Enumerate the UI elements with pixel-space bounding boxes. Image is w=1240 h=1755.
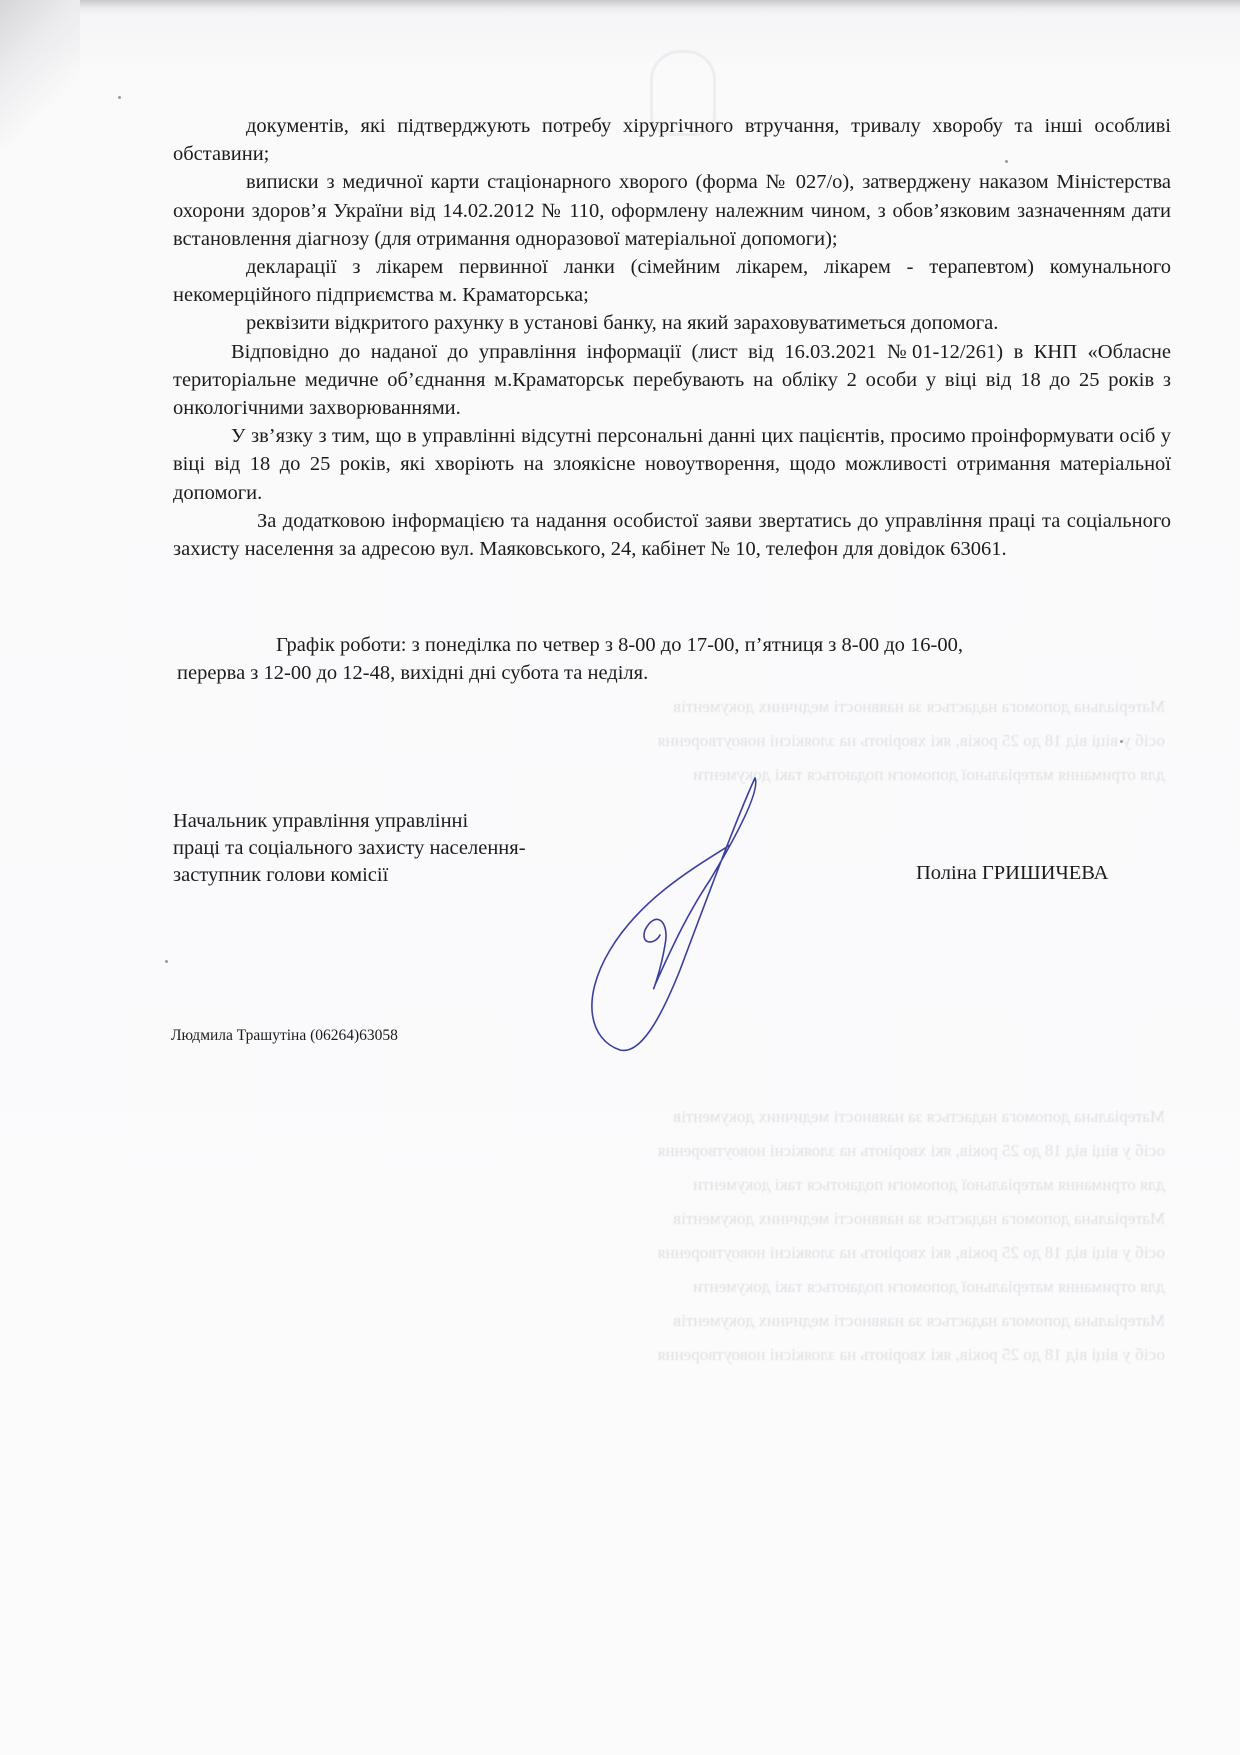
scan-speck: [1120, 740, 1123, 743]
bleed-line: Матеріальна допомога надається за наявно…: [175, 1202, 1165, 1236]
schedule-line-1: Графік роботи: з понеділка по четвер з 8…: [173, 631, 1171, 659]
letter-body: документів, які підтверджують потребу хі…: [173, 112, 1171, 563]
schedule-line-2: перерва з 12-00 до 12-48, вихідні дні су…: [173, 659, 1171, 687]
scan-edge-shadow: [0, 0, 1240, 14]
bleed-through-text: Матеріальна допомога надається за наявно…: [175, 1100, 1165, 1372]
signatory-name: Поліна ГРИШИЧЕВА: [916, 862, 1108, 885]
folded-corner-shadow: [0, 0, 80, 150]
work-schedule: Графік роботи: з понеділка по четвер з 8…: [173, 631, 1171, 687]
scan-speck: [1005, 160, 1008, 163]
signatory-title-line: праці та соціального захисту населення-: [173, 835, 526, 862]
bleed-line: для отримання матеріальної допомоги пода…: [175, 1168, 1165, 1202]
paragraph-medical-extract: виписки з медичної карти стаціонарного х…: [173, 168, 1171, 253]
paragraph-declaration: декларації з лікарем первинної ланки (сі…: [173, 253, 1171, 309]
scan-speck: [165, 960, 168, 963]
bleed-line: Матеріальна допомога надається за наявно…: [175, 1100, 1165, 1134]
bleed-line: Матеріальна допомога надається за наявно…: [175, 1304, 1165, 1338]
paragraph-contact-address: За додатковою інформацією та надання осо…: [173, 507, 1171, 563]
signatory-title: Начальник управління управлінні праці та…: [173, 808, 526, 889]
bleed-line: для отримання матеріальної допомоги пода…: [175, 1270, 1165, 1304]
paragraph-bank-details: реквізити відкритого рахунку в установі …: [173, 309, 1171, 337]
handwritten-signature-icon: [560, 770, 800, 1060]
bleed-line: осіб у віці від 18 до 25 років, які хвор…: [175, 1338, 1165, 1372]
bleed-line: Матеріальна допомога надається за наявно…: [175, 690, 1165, 724]
paragraph-information-letter: Відповідно до наданої до управління інфо…: [173, 338, 1171, 423]
signatory-title-line: Начальник управління управлінні: [173, 808, 526, 835]
paragraph-documents: документів, які підтверджують потребу хі…: [173, 112, 1171, 168]
paragraph-request: У зв’язку з тим, що в управлінні відсутн…: [173, 422, 1171, 507]
scan-speck: [118, 96, 121, 99]
bleed-line: осіб у віці від 18 до 25 років, які хвор…: [175, 724, 1165, 758]
signatory-title-line: заступник голови комісії: [173, 862, 526, 889]
contact-person: Людмила Трашутіна (06264)63058: [171, 1027, 398, 1045]
bleed-line: осіб у віці від 18 до 25 років, які хвор…: [175, 1236, 1165, 1270]
document-page: Матеріальна допомога надається за наявно…: [0, 0, 1240, 1755]
bleed-line: осіб у віці від 18 до 25 років, які хвор…: [175, 1134, 1165, 1168]
